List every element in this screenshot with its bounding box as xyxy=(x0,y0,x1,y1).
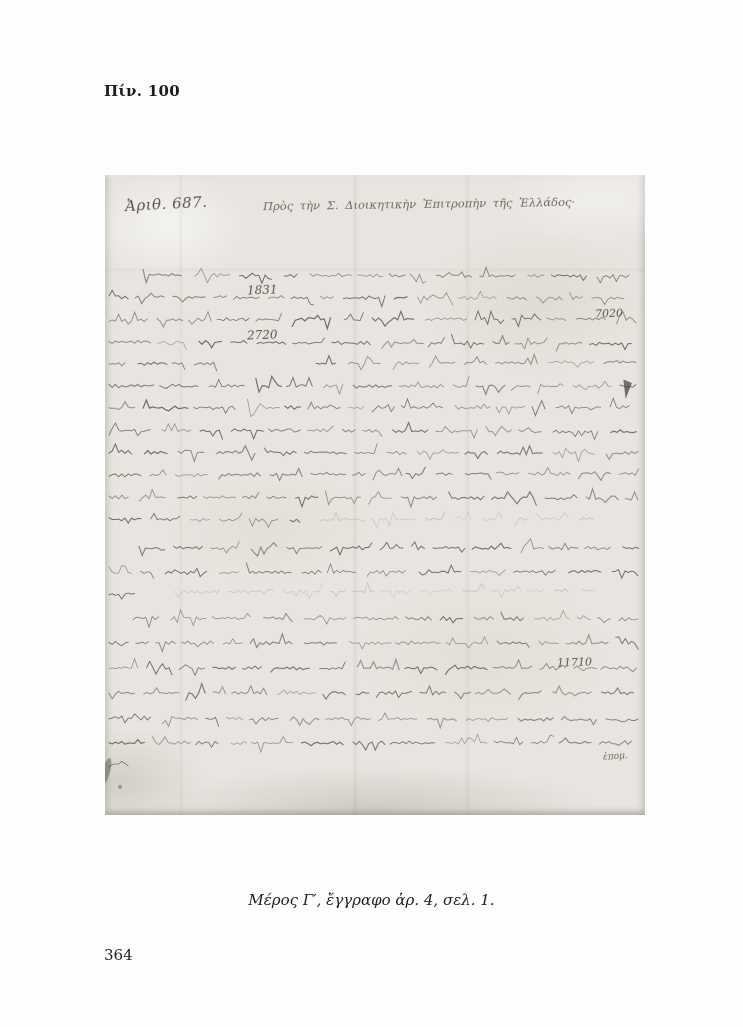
ink-speck xyxy=(118,785,122,789)
page-number: 364 xyxy=(104,946,133,964)
book-page: Πίν. 100 Ἀριθ. 687. Πρὸς τὴν Σ. Διοικητι… xyxy=(0,0,743,1027)
manuscript-fragment-number-2: 2720 xyxy=(247,327,278,342)
figure-caption: Μέρος Γ′, ἔγγραφο ἀρ. 4, σελ. 1. xyxy=(0,891,743,909)
manuscript-catchword: ἑπομ. xyxy=(603,751,629,763)
manuscript-scan-photo: Ἀριθ. 687. Πρὸς τὴν Σ. Διοικητικὴν Ἐπιτρ… xyxy=(105,175,645,815)
manuscript-fragment-year: 1831 xyxy=(247,282,278,297)
manuscript-fragment-number-1: 7020 xyxy=(595,307,623,321)
plate-label: Πίν. 100 xyxy=(104,82,180,100)
manuscript-fragment-number-3: 11710 xyxy=(557,655,592,669)
handwriting-body-simulated xyxy=(105,175,645,815)
